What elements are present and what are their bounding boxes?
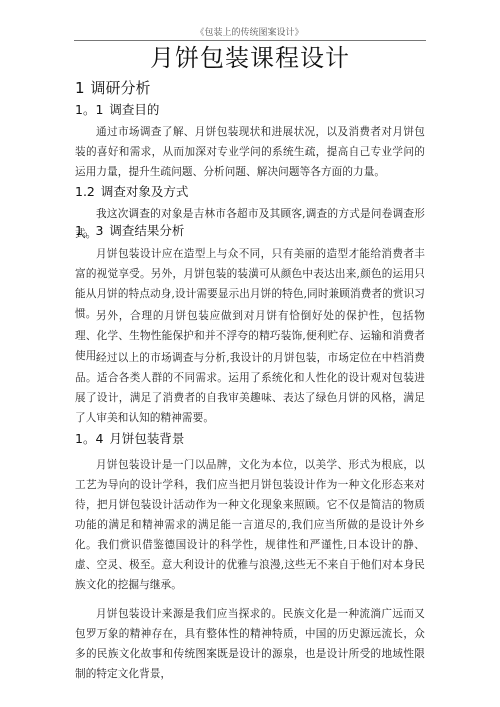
subsection-number: 1。3 [75, 223, 103, 238]
subsection-heading-1-4: 1。4月饼包装背景 [75, 430, 184, 447]
running-header: 《包装上的传统图案设计》 [74, 27, 425, 39]
paragraph: 月饼包装设计是一门以品牌，文化为本位，以美学、形式为根底，以工艺为导向的设计学科… [75, 455, 425, 595]
subsection-title: 调查目的 [109, 102, 159, 117]
document-page: 《包装上的传统图案设计》 月饼包装课程设计 1调研分析 1。1调查目的 通过市场… [0, 0, 500, 707]
subsection-title: 调查对象及方式 [101, 184, 189, 199]
paragraph: 通过市场调查了解、月饼包装现状和进展状况，以及消费者对月饼包装的喜好和需求，从而… [75, 122, 425, 182]
section-heading-1: 1调研分析 [75, 78, 151, 98]
subsection-number: 1。1 [75, 102, 103, 117]
document-title: 月饼包装课程设计 [0, 43, 500, 73]
subsection-heading-1-3: 1。3调查结果分析 [75, 222, 184, 239]
paragraph: 经过以上的市场调查与分析,我设计的月饼包装，市场定位在中档消费品。适合各类人群的… [75, 348, 425, 428]
subsection-title: 月饼包装背景 [109, 431, 184, 446]
paragraph: 月饼包装设计来源是我们应当探求的。民族文化是一种流淌广远而又包罗万象的精神存在，… [75, 604, 425, 684]
section-number: 1 [75, 79, 85, 97]
subsection-heading-1-1: 1。1调查目的 [75, 101, 159, 118]
header-divider [74, 40, 426, 41]
subsection-title: 调查结果分析 [109, 223, 184, 238]
subsection-number: 1。4 [75, 431, 103, 446]
subsection-number: 1.2 [75, 184, 95, 199]
subsection-heading-1-2: 1.2调查对象及方式 [75, 183, 188, 200]
section-title: 调研分析 [91, 79, 151, 97]
